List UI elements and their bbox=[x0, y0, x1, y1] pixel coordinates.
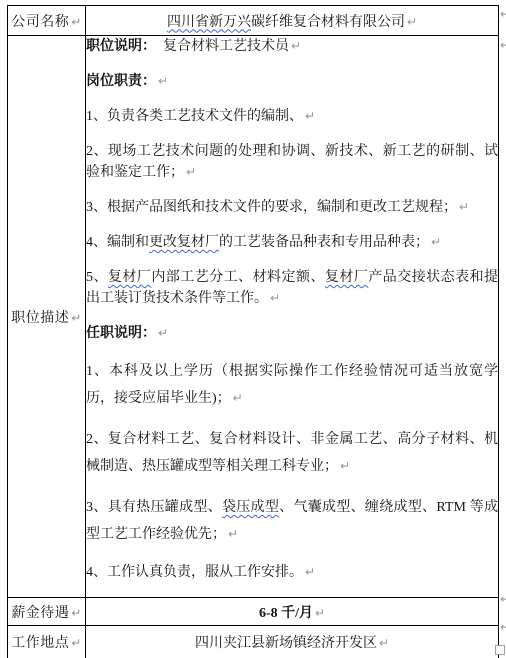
description-paragraph: 4、工作认真负责，服从工作安排。↵ bbox=[86, 562, 498, 583]
table-row: 公司名称↵四川省新万兴碳纤维复合材料有限公司↵ bbox=[8, 6, 499, 36]
row-end-mark: ↵ bbox=[500, 621, 506, 633]
paragraph-mark: ↵ bbox=[71, 311, 82, 325]
paragraph-mark: ↵ bbox=[340, 459, 350, 473]
row-content-cell[interactable]: 6-8 千/月↵ bbox=[86, 598, 499, 626]
paragraph-mark: ↵ bbox=[186, 165, 196, 179]
text-segment: 1、本科及以上学历（根据实际操作工作经验情况可适当放宽学历，接受应届毕业生)； bbox=[86, 364, 498, 406]
spellcheck-flagged-text: 复材厂 bbox=[108, 270, 151, 285]
paragraph-mark: ↵ bbox=[233, 391, 243, 405]
spellcheck-flagged-text: 更改复材厂 bbox=[149, 235, 219, 250]
text-segment: 岗位职责： bbox=[86, 74, 156, 89]
text-segment: 任职说明： bbox=[86, 326, 156, 341]
row-end-mark: ↵ bbox=[500, 8, 506, 20]
text-segment: 职位描述 bbox=[11, 311, 69, 326]
row-label-cell[interactable]: 薪金待遇↵ bbox=[8, 598, 86, 626]
description-paragraph: 5、复材厂内部工艺分工、材料定额、复材厂产品交接状态表和提出工装订货技术条件等工… bbox=[86, 267, 498, 309]
paragraph-mark: ↵ bbox=[291, 39, 301, 53]
paragraph-mark: ↵ bbox=[71, 606, 82, 620]
text-segment: 5、 bbox=[86, 270, 108, 285]
text-segment: 内部工艺分工、材料定额、 bbox=[151, 270, 325, 285]
paragraph-mark: ↵ bbox=[158, 74, 168, 88]
paragraph-mark: ↵ bbox=[305, 109, 315, 123]
description-paragraph: 1、本科及以上学历（根据实际操作工作经验情况可适当放宽学历，接受应届毕业生)；↵ bbox=[86, 358, 498, 412]
text-segment: 4、编制和 bbox=[86, 235, 149, 250]
description-paragraph: 2、现场工艺技术问题的处理和协调、新技术、新工艺的研制、试验和鉴定工作；↵ bbox=[86, 141, 498, 183]
paragraph-mark: ↵ bbox=[305, 565, 315, 579]
text-segment: 3、根据产品图纸和技术文件的要求，编制和更改工艺规程； bbox=[86, 200, 457, 215]
row-content-cell[interactable]: 职位说明： 复合材料工艺技术员↵岗位职责：↵1、负责各类工艺技术文件的编制、↵2… bbox=[86, 36, 499, 598]
paragraph-mark: ↵ bbox=[270, 291, 280, 305]
paragraph-mark: ↵ bbox=[315, 606, 325, 620]
paragraph-mark: ↵ bbox=[431, 235, 441, 249]
description-paragraph: 2、复合材料工艺、复合材料设计、非金属工艺、高分子材料、机械制造、热压罐成型等相… bbox=[86, 426, 498, 480]
job-table-body: 公司名称↵四川省新万兴碳纤维复合材料有限公司↵职位描述↵职位说明： 复合材料工艺… bbox=[8, 6, 499, 658]
text-segment: 碳纤维复合材料有限公司 bbox=[251, 15, 405, 30]
text-segment: 四川夹江县新场镇经济开发区 bbox=[195, 636, 377, 651]
spellcheck-flagged-text: 四川省新万兴 bbox=[167, 15, 251, 30]
text-segment: 薪金待遇 bbox=[11, 606, 69, 621]
row-label-cell[interactable]: 工作地点↵ bbox=[8, 626, 86, 658]
description-paragraph: 3、具有热压罐成型、袋压成型、气囊成型、缠绕成型、RTM 等成型工艺工作经验优先… bbox=[86, 494, 498, 548]
text-segment: 2、复合材料工艺、复合材料设计、非金属工艺、高分子材料、机械制造、热压罐成型等相… bbox=[86, 432, 498, 474]
text-segment: 职位说明： bbox=[86, 39, 149, 54]
text-segment: 1、负责各类工艺技术文件的编制、 bbox=[86, 109, 303, 124]
table-row: 工作地点↵四川夹江县新场镇经济开发区↵ bbox=[8, 626, 499, 658]
text-segment: 3、具有热压罐成型、 bbox=[86, 500, 222, 515]
description-paragraph: 4、编制和更改复材厂的工艺装备品种表和专用品种表；↵ bbox=[86, 232, 498, 253]
spellcheck-flagged-text: 复材厂 bbox=[325, 270, 368, 285]
row-end-mark: ↵ bbox=[500, 593, 506, 605]
text-segment: 工作地点 bbox=[11, 636, 69, 651]
text-segment: 4、工作认真负责，服从工作安排。 bbox=[86, 565, 303, 580]
description-paragraph: 1、负责各类工艺技术文件的编制、↵ bbox=[86, 106, 498, 127]
paragraph-mark: ↵ bbox=[158, 326, 168, 340]
paragraph-mark: ↵ bbox=[459, 200, 469, 214]
description-paragraph: 职位说明： 复合材料工艺技术员↵ bbox=[86, 36, 498, 57]
text-segment: 6-8 千/月 bbox=[259, 606, 313, 621]
job-posting-table: 公司名称↵四川省新万兴碳纤维复合材料有限公司↵职位描述↵职位说明： 复合材料工艺… bbox=[7, 5, 499, 658]
text-segment: 2、现场工艺技术问题的处理和协调、新技术、新工艺的研制、试验和鉴定工作； bbox=[86, 144, 498, 180]
paragraph-mark: ↵ bbox=[407, 15, 417, 29]
text-segment: 复合材料工艺技术员 bbox=[149, 39, 289, 54]
description-paragraph: 任职说明：↵ bbox=[86, 323, 498, 344]
description-paragraph: 岗位职责：↵ bbox=[86, 71, 498, 92]
table-resize-handle[interactable] bbox=[495, 645, 505, 655]
row-content-cell[interactable]: 四川省新万兴碳纤维复合材料有限公司↵ bbox=[86, 6, 499, 36]
paragraph-mark: ↵ bbox=[228, 527, 238, 541]
paragraph-mark: ↵ bbox=[379, 636, 389, 650]
row-label-cell[interactable]: 职位描述↵ bbox=[8, 36, 86, 598]
text-segment: 的工艺装备品种表和专用品种表； bbox=[219, 235, 429, 250]
spellcheck-flagged-text: 袋压成型 bbox=[222, 500, 279, 515]
table-row: 职位描述↵职位说明： 复合材料工艺技术员↵岗位职责：↵1、负责各类工艺技术文件的… bbox=[8, 36, 499, 598]
table-row: 薪金待遇↵6-8 千/月↵ bbox=[8, 598, 499, 626]
text-segment: 公司名称 bbox=[11, 15, 69, 30]
row-end-mark: ↵ bbox=[500, 39, 506, 51]
paragraph-mark: ↵ bbox=[71, 15, 82, 29]
paragraph-mark: ↵ bbox=[71, 636, 82, 650]
row-content-cell[interactable]: 四川夹江县新场镇经济开发区↵ bbox=[86, 626, 499, 658]
row-label-cell[interactable]: 公司名称↵ bbox=[8, 6, 86, 36]
document-page: 公司名称↵四川省新万兴碳纤维复合材料有限公司↵职位描述↵职位说明： 复合材料工艺… bbox=[0, 0, 506, 658]
description-paragraph: 3、根据产品图纸和技术文件的要求，编制和更改工艺规程；↵ bbox=[86, 197, 498, 218]
